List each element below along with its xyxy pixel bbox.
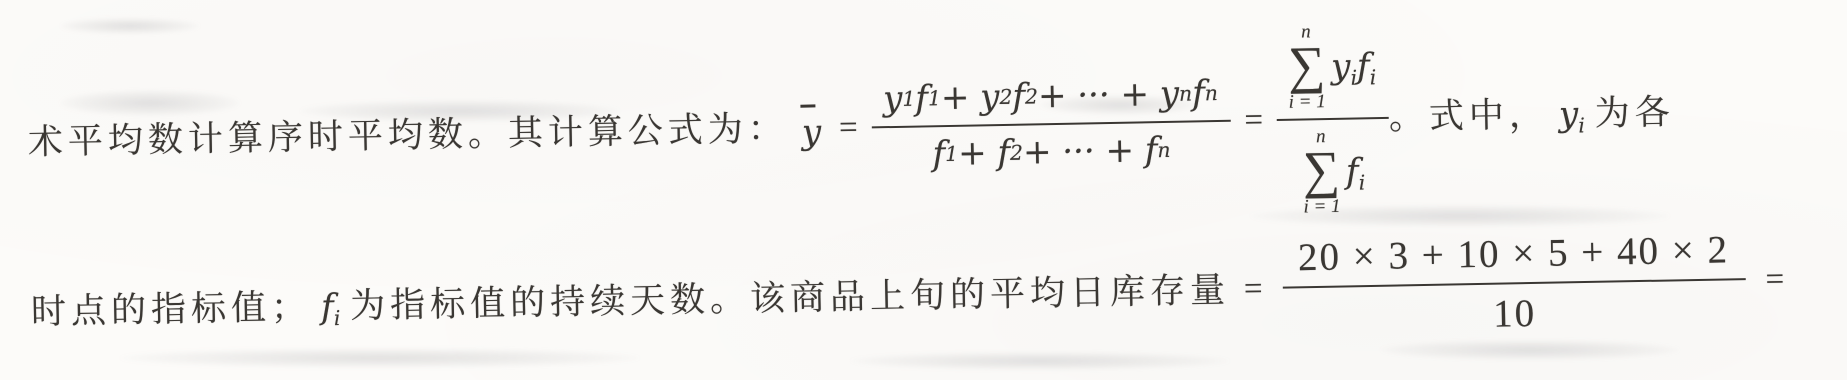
equals-sign: = bbox=[1765, 261, 1784, 298]
fraction-denominator: n ∑ i = 1 fi bbox=[1290, 119, 1378, 219]
line2-text-mid: 为指标值的持续天数。该商品上旬的平均日库存量 bbox=[350, 269, 1231, 327]
text-line-2: 时点的指标值； fi 为指标值的持续天数。该商品上旬的平均日库存量 = 20 ×… bbox=[30, 226, 1799, 365]
summand-expression: fi bbox=[1346, 151, 1366, 191]
fraction-numerator: n ∑ i = 1 yifi bbox=[1275, 19, 1389, 121]
full-stop: 。 bbox=[1389, 96, 1430, 139]
fraction-denominator: f1 + f2 + ··· + fn bbox=[920, 123, 1183, 177]
summation-lower-limit: i = 1 bbox=[1289, 92, 1326, 112]
line1-text-after: 为各 bbox=[1594, 92, 1675, 135]
summation-symbol: n ∑ i = 1 bbox=[1287, 22, 1326, 112]
equals-sign: = bbox=[1244, 102, 1263, 139]
summand-expression: yifi bbox=[1331, 46, 1377, 87]
fraction-weighted-mean-expanded: y1f1 + y2f2 + ··· + ynfn f1 + f2 + ··· +… bbox=[871, 71, 1232, 178]
sigma-icon: ∑ bbox=[1302, 149, 1340, 194]
sigma-icon: ∑ bbox=[1288, 44, 1326, 89]
line1-text-before: 术平均数计算序时平均数。其计算公式为： bbox=[28, 108, 789, 164]
equals-sign: = bbox=[839, 109, 858, 146]
y-bar-symbol: y bbox=[797, 104, 825, 152]
summation-lower-limit: i = 1 bbox=[1303, 197, 1340, 217]
mean-variable: y bbox=[802, 113, 822, 153]
paragraph-content: 术平均数计算序时平均数。其计算公式为： y = y1f1 + y2f2 + ··… bbox=[0, 0, 1847, 380]
fraction-denominator: 10 bbox=[1481, 284, 1549, 339]
fraction-sigma-notation: n ∑ i = 1 yifi n ∑ i = 1 fi bbox=[1275, 19, 1391, 219]
equals-sign: = bbox=[1244, 271, 1263, 308]
scanned-document-page: 术平均数计算序时平均数。其计算公式为： y = y1f1 + y2f2 + ··… bbox=[0, 0, 1847, 380]
fraction-numerator: 20 × 3 + 10 × 5 + 40 × 2 bbox=[1282, 227, 1746, 288]
fraction-numerator: y1f1 + y2f2 + ··· + ynfn bbox=[871, 71, 1231, 129]
summation-symbol: n ∑ i = 1 bbox=[1302, 127, 1341, 217]
line1-text-mid: 式中， bbox=[1429, 94, 1550, 138]
line2-text-start: 时点的指标值； bbox=[31, 286, 312, 333]
fraction-arithmetic-example: 20 × 3 + 10 × 5 + 40 × 2 10 bbox=[1282, 227, 1747, 342]
variable-y-i: yi bbox=[1559, 95, 1585, 135]
variable-f-i: fi bbox=[321, 286, 341, 326]
text-line-1: 术平均数计算序时平均数。其计算公式为： y = y1f1 + y2f2 + ··… bbox=[26, 14, 1676, 243]
